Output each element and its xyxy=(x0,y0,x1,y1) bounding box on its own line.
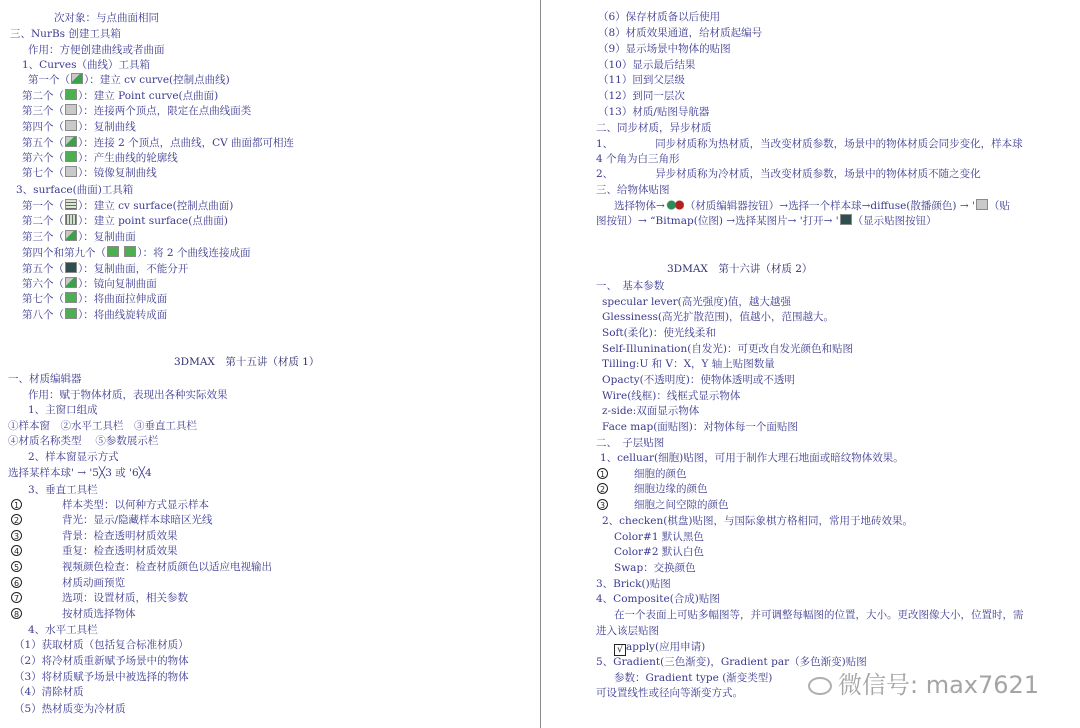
nurbs-purpose: 作用：方便创建曲线或者曲面 xyxy=(28,43,165,57)
copy-surface-inseparable-icon xyxy=(65,262,77,273)
vertical-toolbar-item-7: 7选项：设置材质，相关参数 xyxy=(11,591,188,605)
circled-number: 5 xyxy=(11,561,22,572)
curves-item-2: 第二个（）：建立 Point curve(点曲面) xyxy=(22,89,218,103)
horizontal-toolbar-item-3: （3）将材质赋予场景中被选择的物体 xyxy=(14,670,189,684)
horizontal-toolbar-item-12: （12）到同一层次 xyxy=(598,89,685,103)
sublayer-heading: 二、 子层贴图 xyxy=(596,436,664,450)
sample-display-heading: 2、样本窗显示方式 xyxy=(28,450,119,464)
checker-item-3: Swap：交换颜色 xyxy=(614,561,696,575)
copy-surface-icon xyxy=(65,230,77,241)
sample-display-text: 选择某样本球' → '5╳3 或 '6╳4 xyxy=(8,466,152,480)
checker-item-2: Color#2 默认白色 xyxy=(614,545,704,559)
vertical-toolbar-item-8: 8按材质选择物体 xyxy=(11,607,136,621)
surface-item-3: 第三个（）：复制曲面 xyxy=(22,230,136,244)
surface-item-5: 第五个（）：复制曲面，不能分开 xyxy=(22,262,188,276)
basic-param-9: Face map(面贴图)：对物体每一个面贴图 xyxy=(602,420,798,434)
point-surface-icon xyxy=(65,214,77,225)
subobject-note: 次对象：与点曲面相同 xyxy=(54,11,159,25)
cv-surface-icon xyxy=(65,199,77,210)
vertical-toolbar-item-5: 5视频颜色检查：检查材质颜色以适应电视输出 xyxy=(11,560,272,574)
curves-item-5: 第五个（）：连接 2 个顶点，点曲线，CV 曲面都可相连 xyxy=(22,136,294,150)
extrude-surface-icon xyxy=(65,292,77,303)
composite-heading: 4、Composite(合成)贴图 xyxy=(596,592,720,606)
composite-text: 在一个表面上可贴多幅图等，并可调整每幅图的位置，大小。更改图像大小，位置时，需 xyxy=(614,608,1024,622)
material-editor-purpose: 作用：赋于物体材质，表现出各种实际效果 xyxy=(28,388,228,402)
basic-param-1: specular lever(高光强度)值，越大越强 xyxy=(602,295,791,309)
point-curve-icon xyxy=(65,89,77,100)
cellular-item-2: 2细胞边缘的颜色 xyxy=(597,482,708,496)
circled-number: 7 xyxy=(11,592,22,603)
curves-item-6: 第六个（）：产生曲线的轮廓线 xyxy=(22,151,178,165)
surface-item-6: 第六个（）：镜向复制曲面 xyxy=(22,277,157,291)
nurbs-heading: 三、NurBs 创建工具箱 xyxy=(10,27,121,41)
horizontal-toolbar-item-5: （5）热材质变为冷材质 xyxy=(14,702,126,716)
brick-heading: 3、Brick()贴图 xyxy=(596,577,671,591)
horizontal-toolbar-item-13: （13）材质/贴图导航器 xyxy=(598,105,709,119)
circled-number: 4 xyxy=(11,545,22,556)
basic-param-5: Tilling:U 和 V：X，Y 轴上贴图数量 xyxy=(602,357,775,371)
copy-curve-icon xyxy=(65,120,77,131)
cellular-item-1: 1细胞的颜色 xyxy=(597,467,687,481)
basic-param-6: Opacty(不透明度)：使物体透明或不透明 xyxy=(602,373,795,387)
mapping-heading: 三、给物体贴图 xyxy=(596,183,670,197)
surface-item-2: 第二个（）：建立 point surface(点曲面) xyxy=(22,214,228,228)
surface-item-7: 第七个（）：将曲面拉伸成面 xyxy=(22,292,167,306)
basic-param-7: Wire(线框)：线框式显示物体 xyxy=(602,389,740,403)
surface-heading: 3、surface(曲面)工具箱 xyxy=(16,183,133,197)
circled-number: 3 xyxy=(11,530,22,541)
vertical-toolbar-item-2: 2背光：显示/隐藏样本球暗区光线 xyxy=(11,513,213,527)
mirror-surface-icon xyxy=(65,277,77,288)
mirror-curve-icon xyxy=(65,166,77,177)
circled-number: 2 xyxy=(11,514,22,525)
lathe-surface-icon xyxy=(65,308,77,319)
basic-params-heading: 一、 基本参数 xyxy=(596,279,664,293)
main-window-heading: 1、主窗口组成 xyxy=(28,403,98,417)
basic-param-4: Self-Illunination(自发光)：可更改自发光颜色和贴图 xyxy=(602,342,853,356)
lecture-15-title: 3DMAX 第十五讲（材质 1） xyxy=(174,355,319,369)
circled-number: 3 xyxy=(597,499,608,510)
surface-item-8: 第八个（）：将曲线旋转成面 xyxy=(22,308,167,322)
lecture-16-title: 3DMAX 第十六讲（材质 2） xyxy=(667,262,812,276)
main-window-row-1: ①样本窗 ②水平工具栏 ③垂直工具栏 xyxy=(8,419,197,433)
cellular-heading: 1、celluar(细胞)贴图，可用于制作大理石地面或暗纹物体效果。 xyxy=(600,451,904,465)
vertical-toolbar-item-1: 1样本类型：以何种方式显示样本 xyxy=(11,498,209,512)
mapping-line-1: 选择物体→（材质编辑器按钮）→选择一个样本球→diffuse(散播颜色) → '… xyxy=(614,199,1010,213)
basic-param-2: Glessiness(高光扩散范围)，值越小，范围越大。 xyxy=(602,310,834,324)
map-button-icon xyxy=(976,199,988,210)
material-editor-heading: 一、材质编辑器 xyxy=(8,372,82,386)
horizontal-toolbar-heading: 4、水平工具栏 xyxy=(28,623,98,637)
vertical-toolbar-item-6: 6材质动画预览 xyxy=(11,576,125,590)
cv-curve-icon xyxy=(71,73,83,84)
curves-item-4: 第四个（）：复制曲线 xyxy=(22,120,136,134)
vertical-toolbar-item-3: 3背景：检查透明材质效果 xyxy=(11,529,178,543)
circled-number: 2 xyxy=(597,483,608,494)
sync-item-2: 2、异步材质称为冷材质，当改变材质参数，场景中的物体材质不随之变化 xyxy=(596,167,981,181)
material-editor-button-icon xyxy=(666,199,684,210)
composite-text-cont: 进入该层贴图 xyxy=(596,624,659,638)
surface-item-1: 第一个（）：建立 cv surface(控制点曲面) xyxy=(22,199,233,213)
horizontal-toolbar-item-6: （6）保存材质备以后使用 xyxy=(598,10,720,24)
curves-heading: 1、Curves（曲线）工具箱 xyxy=(22,58,150,72)
right-page: （6）保存材质备以后使用 （8）材质效果通道，给材质起编号 （9）显示场景中物体… xyxy=(541,0,1080,728)
sync-heading: 二、同步材质，异步材质 xyxy=(596,121,712,135)
horizontal-toolbar-item-1: （1）获取材质（包括复合标准材质） xyxy=(14,638,189,652)
curve-outline-icon xyxy=(65,151,77,162)
sync-item-1: 1、同步材质称为热材质，当改变材质参数，场景中的物体材质会同步变化，样本球 xyxy=(596,137,1023,151)
horizontal-toolbar-item-9: （9）显示场景中物体的贴图 xyxy=(598,42,731,56)
horizontal-toolbar-item-10: （10）显示最后结果 xyxy=(598,58,695,72)
surface-item-4: 第四个和第九个（ ）：将 2 个曲线连接成面 xyxy=(22,246,250,260)
watermark: 微信号: max7621 xyxy=(808,665,1039,700)
connect-two-vertices-icon xyxy=(65,136,77,147)
wechat-icon xyxy=(808,677,832,695)
circled-number: 1 xyxy=(11,499,22,510)
connect-vertices-icon xyxy=(65,104,77,115)
horizontal-toolbar-item-4: （4）清除材质 xyxy=(14,685,84,699)
circled-number: 6 xyxy=(11,577,22,588)
sync-item-1-cont: 4 个角为白三角形 xyxy=(596,152,680,166)
basic-param-3: Soft(柔化)：使光线柔和 xyxy=(602,326,716,340)
horizontal-toolbar-item-2: （2）将冷材质重新赋予场景中的物体 xyxy=(14,654,189,668)
cellular-item-3: 3细胞之间空隙的颜色 xyxy=(597,498,729,512)
show-map-button-icon xyxy=(840,214,852,225)
curves-item-1: 第一个（）：建立 cv curve(控制点曲线) xyxy=(28,73,230,87)
basic-param-8: z-side:双面显示物体 xyxy=(602,404,699,418)
checker-item-1: Color#1 默认黑色 xyxy=(614,530,704,544)
vertical-toolbar-heading: 3、垂直工具栏 xyxy=(28,483,98,497)
vertical-toolbar-item-4: 4重复：检查透明材质效果 xyxy=(11,544,178,558)
apply-option: √apply(应用申请) xyxy=(614,640,705,656)
mapping-line-2: 图按钮）→ “Bitmap(位图) →选择某图片→ '打开→ '（显示贴图按钮） xyxy=(596,214,937,228)
circled-number: 1 xyxy=(597,468,608,479)
horizontal-toolbar-item-8: （8）材质效果通道，给材质起编号 xyxy=(598,26,762,40)
left-page: 次对象：与点曲面相同 三、NurBs 创建工具箱 作用：方便创建曲线或者曲面 1… xyxy=(0,0,540,728)
curves-item-3: 第三个（）：连接两个顶点，限定在点曲线面类 xyxy=(22,104,251,118)
curves-item-7: 第七个（）：镜像复制曲线 xyxy=(22,166,157,180)
checker-heading: 2、checken(棋盘)贴图，与国际象棋方格相同，常用于地砖效果。 xyxy=(602,514,913,528)
circled-number: 8 xyxy=(11,608,22,619)
join-curves-icon-a xyxy=(107,246,119,257)
gradient-desc: 可设置线性或径向等渐变方式。 xyxy=(596,686,743,700)
main-window-row-2: ④材质名称类型 ⑤参数展示栏 xyxy=(8,434,158,448)
gradient-params: 参数：Gradient type (渐变类型) xyxy=(614,671,772,685)
horizontal-toolbar-item-11: （11）回到父层级 xyxy=(598,73,685,87)
join-curves-icon-b xyxy=(124,246,136,257)
